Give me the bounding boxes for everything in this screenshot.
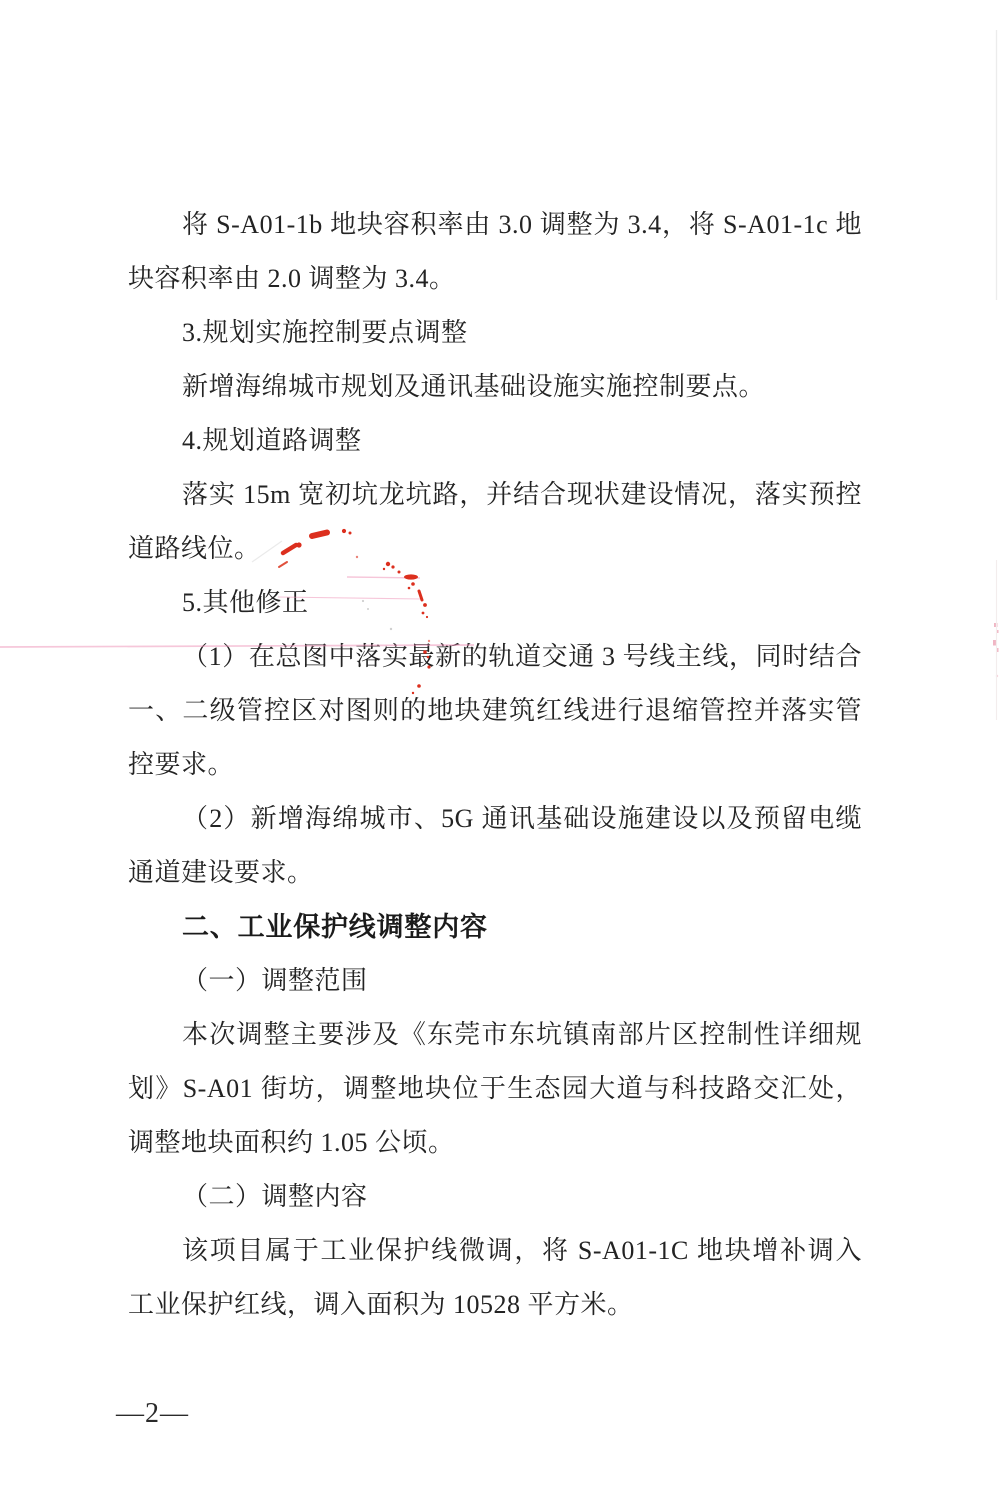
text-line: （二）调整内容 <box>128 1170 862 1224</box>
text-line: 4.规划道路调整 <box>128 414 862 468</box>
text-line: 新增海绵城市规划及通讯基础设施实施控制要点。 <box>128 360 862 414</box>
text-line: （1）在总图中落实最新的轨道交通 3 号线主线，同时结合 <box>128 630 862 684</box>
text-line: 一、二级管控区对图则的地块建筑红线进行退缩管控并落实管 <box>128 684 862 738</box>
text-line: 5.其他修正 <box>128 576 862 630</box>
text-line: 通道建设要求。 <box>128 846 862 900</box>
text-line: 划》S-A01 街坊，调整地块位于生态园大道与科技路交汇处， <box>128 1062 862 1116</box>
section-heading: 二、工业保护线调整内容 <box>128 900 862 954</box>
document-body: 将 S-A01-1b 地块容积率由 3.0 调整为 3.4，将 S-A01-1c… <box>128 198 862 1332</box>
text-line: 道路线位。 <box>128 522 862 576</box>
pink-edge-specks <box>993 623 999 677</box>
text-line: 将 S-A01-1b 地块容积率由 3.0 调整为 3.4，将 S-A01-1c… <box>128 198 862 252</box>
text-line: 控要求。 <box>128 738 862 792</box>
text-line: 工业保护红线，调入面积为 10528 平方米。 <box>128 1278 862 1332</box>
text-line: 该项目属于工业保护线微调，将 S-A01-1C 地块增补调入 <box>128 1224 862 1278</box>
text-line: 本次调整主要涉及《东莞市东坑镇南部片区控制性详细规 <box>128 1008 862 1062</box>
text-line: 3.规划实施控制要点调整 <box>128 306 862 360</box>
text-line: 调整地块面积约 1.05 公顷。 <box>128 1116 862 1170</box>
text-line: （一）调整范围 <box>128 954 862 1008</box>
page-number: —2— <box>116 1394 189 1434</box>
text-line: 块容积率由 2.0 调整为 3.4。 <box>128 252 862 306</box>
text-line: 落实 15m 宽初坑龙坑路，并结合现状建设情况，落实预控 <box>128 468 862 522</box>
document-page: 将 S-A01-1b 地块容积率由 3.0 调整为 3.4，将 S-A01-1c… <box>0 0 1000 1500</box>
text-line: （2）新增海绵城市、5G 通讯基础设施建设以及预留电缆 <box>128 792 862 846</box>
